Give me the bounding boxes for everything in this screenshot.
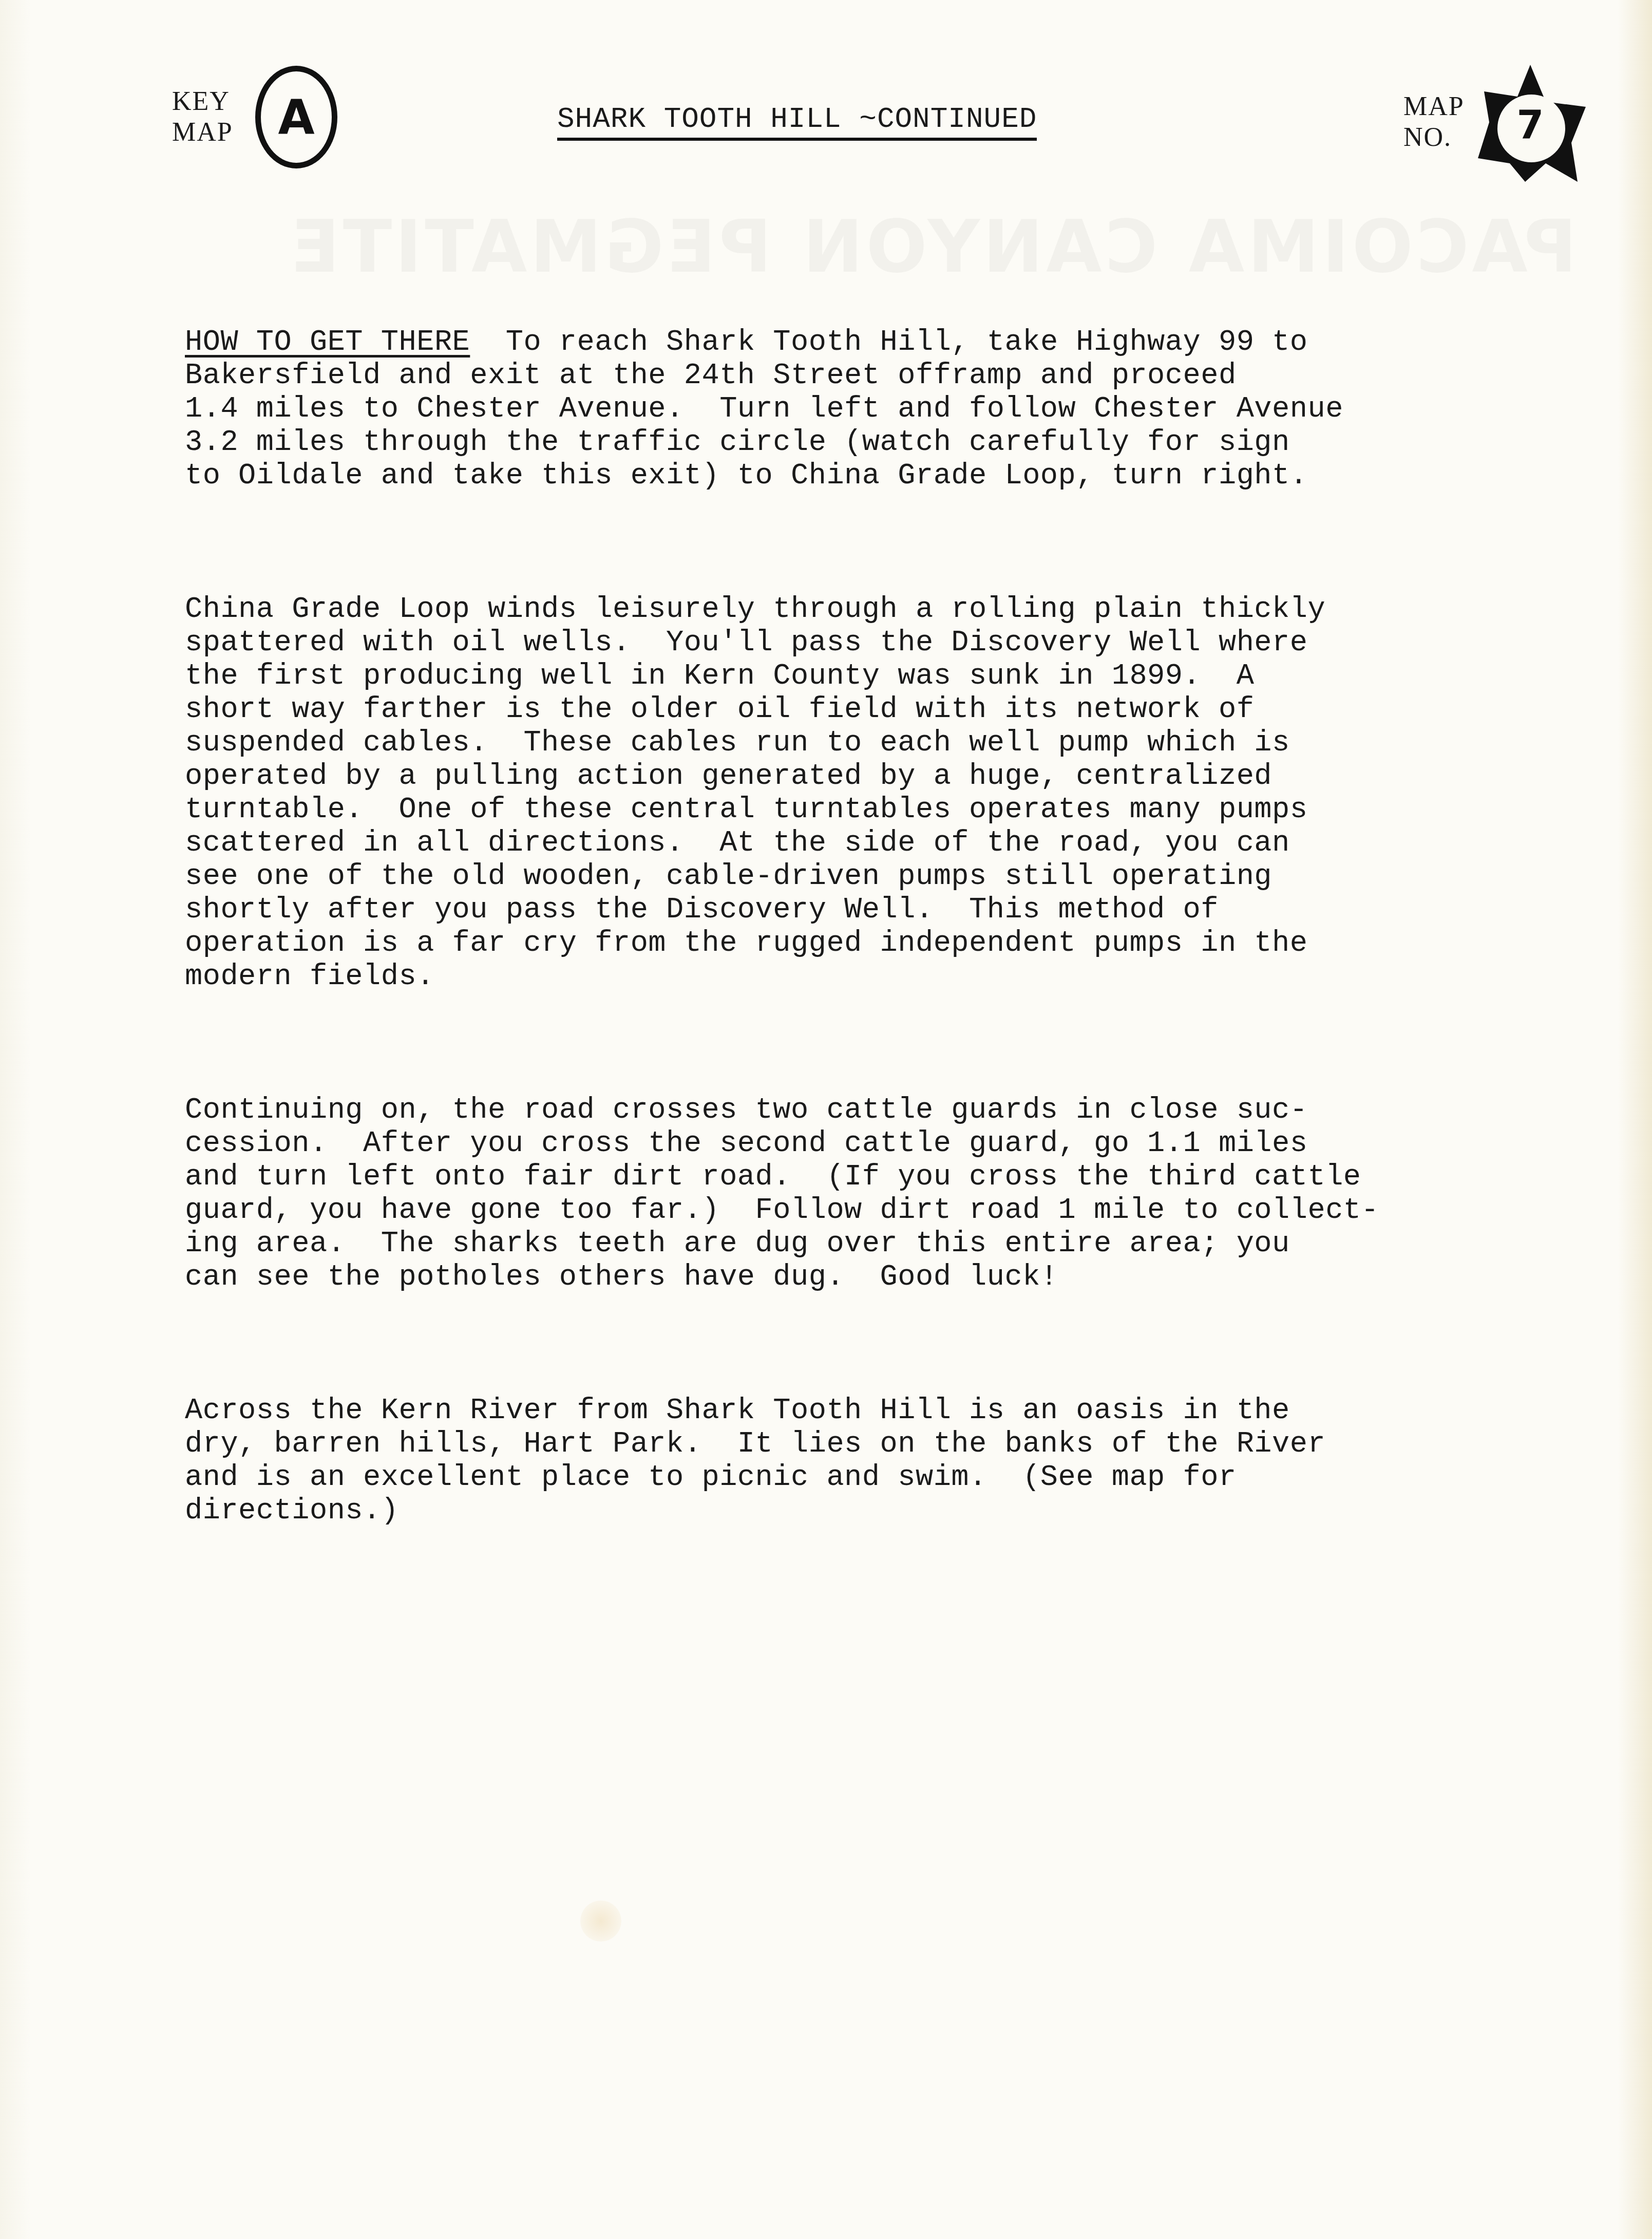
map-number: 7 bbox=[1469, 61, 1592, 184]
text-line: shortly after you pass the Discovery Wel… bbox=[185, 894, 1219, 927]
paragraph-continuing-on: Continuing on, the road crosses two catt… bbox=[185, 1094, 1571, 1294]
paper-stain bbox=[580, 1901, 621, 1942]
text-line: operated by a pulling action generated b… bbox=[185, 760, 1272, 793]
text-line: scattered in all directions. At the side… bbox=[185, 827, 1290, 860]
text-line: guard, you have gone too far.) Follow di… bbox=[185, 1194, 1379, 1227]
text-line: and turn left onto fair dirt road. (If y… bbox=[185, 1161, 1361, 1194]
map-label-line2: NO. bbox=[1403, 122, 1465, 153]
text-line: suspended cables. These cables run to ea… bbox=[185, 727, 1290, 760]
text-line: turntable. One of these central turntabl… bbox=[185, 794, 1307, 826]
text-line: 3.2 miles through the traffic circle (wa… bbox=[185, 426, 1290, 459]
text-line: Bakersfield and exit at the 24th Street … bbox=[185, 360, 1237, 392]
text-line: see one of the old wooden, cable-driven … bbox=[185, 860, 1272, 893]
text-line: operation is a far cry from the rugged i… bbox=[185, 927, 1307, 960]
text-line: Across the Kern River from Shark Tooth H… bbox=[185, 1395, 1290, 1427]
document-body: HOW TO GET THERE To reach Shark Tooth Hi… bbox=[185, 259, 1571, 1628]
text-line: Continuing on, the road crosses two catt… bbox=[185, 1094, 1307, 1127]
text-line: and is an excellent place to picnic and … bbox=[185, 1461, 1237, 1494]
key-map-label: KEY MAP bbox=[172, 86, 233, 148]
document-page: PACOIMA CANYON PEGMATITE KEY MAP A SHARK… bbox=[0, 0, 1652, 2239]
section-heading: HOW TO GET THERE bbox=[185, 326, 470, 359]
paragraph-hart-park: Across the Kern River from Shark Tooth H… bbox=[185, 1395, 1571, 1528]
title-separator: ~ bbox=[859, 103, 877, 136]
map-number-label: MAP NO. bbox=[1403, 91, 1465, 153]
title-main: SHARK TOOTH HILL bbox=[557, 103, 842, 136]
text-line: spattered with oil wells. You'll pass th… bbox=[185, 627, 1307, 660]
title-text: SHARK TOOTH HILL ~CONTINUED bbox=[557, 103, 1037, 141]
text-line: To reach Shark Tooth Hill, take Highway … bbox=[470, 326, 1307, 359]
text-line: ing area. The sharks teeth are dug over … bbox=[185, 1228, 1290, 1260]
text-line: China Grade Loop winds leisurely through… bbox=[185, 593, 1325, 626]
page-title: SHARK TOOTH HILL ~CONTINUED bbox=[557, 103, 1037, 136]
key-map-label-line2: MAP bbox=[172, 117, 233, 148]
text-line: cession. After you cross the second catt… bbox=[185, 1127, 1307, 1160]
title-suffix: CONTINUED bbox=[877, 103, 1037, 136]
text-line: modern fields. bbox=[185, 961, 434, 993]
circle-letter-icon: A bbox=[255, 66, 337, 168]
paragraph-china-grade-loop: China Grade Loop winds leisurely through… bbox=[185, 593, 1571, 994]
text-line: dry, barren hills, Hart Park. It lies on… bbox=[185, 1428, 1325, 1461]
text-line: to Oildale and take this exit) to China … bbox=[185, 460, 1307, 493]
text-line: short way farther is the older oil field… bbox=[185, 693, 1254, 726]
text-line: 1.4 miles to Chester Avenue. Turn left a… bbox=[185, 393, 1343, 426]
key-map-letter: A bbox=[278, 90, 314, 145]
key-map-label-line1: KEY bbox=[172, 86, 233, 117]
text-line: can see the potholes others have dug. Go… bbox=[185, 1261, 1058, 1294]
text-line: the first producing well in Kern County … bbox=[185, 660, 1254, 693]
text-line: directions.) bbox=[185, 1495, 398, 1528]
paragraph-how-to-get-there: HOW TO GET THERE To reach Shark Tooth Hi… bbox=[185, 326, 1571, 493]
star-number-icon: 7 bbox=[1469, 61, 1592, 184]
page-header: KEY MAP A SHARK TOOTH HILL ~CONTINUED MA… bbox=[0, 0, 1652, 205]
map-label-line1: MAP bbox=[1403, 91, 1465, 122]
